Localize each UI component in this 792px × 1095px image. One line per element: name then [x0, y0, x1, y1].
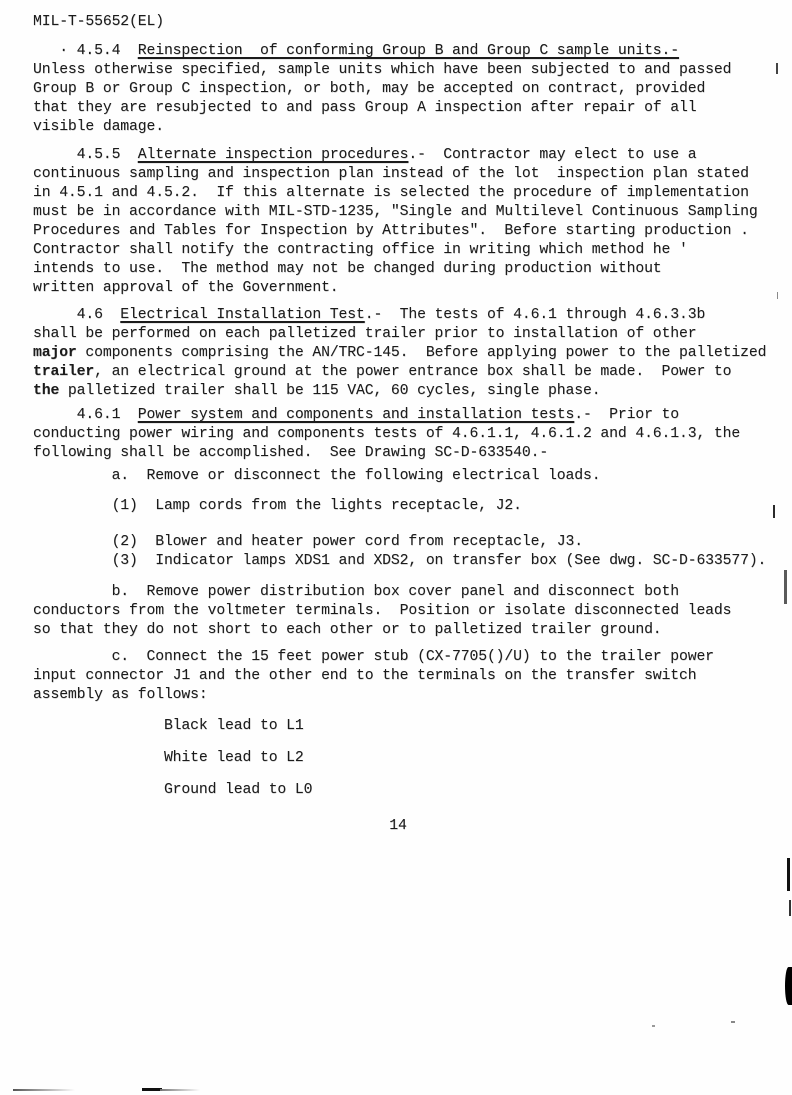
text-segment: .- Contractor may elect to use a — [408, 147, 696, 163]
text-segment: (3) Indicator lamps XDS1 and XDS2, on tr… — [33, 553, 766, 569]
text-segment: · 4.5.4 — [33, 43, 138, 59]
text-segment: the — [33, 383, 59, 399]
text-line: 4.6 Electrical Installation Test.- The t… — [33, 306, 763, 325]
scan-edge-tick-top — [776, 63, 778, 74]
text-line: in 4.5.1 and 4.5.2. If this alternate is… — [33, 184, 763, 203]
text-line: 14 — [33, 817, 763, 836]
text-line: that they are resubjected to and pass Gr… — [33, 99, 763, 118]
text-segment: assembly as follows: — [33, 687, 208, 703]
scan-speck-1 — [652, 1025, 655, 1027]
text-line: continuous sampling and inspection plan … — [33, 165, 763, 184]
text-line: Procedures and Tables for Inspection by … — [33, 222, 763, 241]
item-a-remove-loads: a. Remove or disconnect the following el… — [33, 467, 763, 486]
text-line: conducting power wiring and components t… — [33, 425, 763, 444]
text-line: Group B or Group C inspection, or both, … — [33, 80, 763, 99]
text-segment: visible damage. — [33, 119, 164, 135]
text-line: c. Connect the 15 feet power stub (CX-77… — [33, 648, 763, 667]
underlined-heading-text: Power system and components and installa… — [138, 407, 574, 423]
text-line: a. Remove or disconnect the following el… — [33, 467, 763, 486]
scan-edge-tick-mid — [777, 292, 778, 299]
text-segment: 14 — [389, 818, 406, 834]
page-number: 14 — [33, 817, 763, 836]
text-segment: Contractor shall notify the contracting … — [33, 242, 688, 258]
text-line: the palletized trailer shall be 115 VAC,… — [33, 382, 763, 401]
text-line: Unless otherwise specified, sample units… — [33, 61, 763, 80]
text-segment: Black lead to L1 — [33, 718, 304, 734]
text-segment: so that they do not short to each other … — [33, 622, 662, 638]
text-line: · 4.5.4 Reinspection of conforming Group… — [33, 42, 763, 61]
text-line: Black lead to L1 — [33, 717, 763, 736]
scan-bottom-line-mid-tail — [160, 1089, 200, 1091]
text-segment: components comprising the AN/TRC-145. Be… — [77, 345, 767, 361]
scan-bottom-line-left — [13, 1089, 75, 1091]
para-4-6-1-power-system-tests: 4.6.1 Power system and components and in… — [33, 406, 763, 463]
text-line: following shall be accomplished. See Dra… — [33, 444, 763, 463]
text-line: b. Remove power distribution box cover p… — [33, 583, 763, 602]
underlined-heading-text: Electrical Installation Test — [120, 307, 364, 323]
text-segment: that they are resubjected to and pass Gr… — [33, 100, 696, 116]
text-line: White lead to L2 — [33, 749, 763, 768]
text-line: conductors from the voltmeter terminals.… — [33, 602, 763, 621]
para-4-6-electrical-installation-test: 4.6 Electrical Installation Test.- The t… — [33, 306, 763, 401]
scan-edge-gray-bar — [784, 570, 787, 604]
scan-edge-tick-small — [789, 900, 791, 916]
text-line: intends to use. The method may not be ch… — [33, 260, 763, 279]
text-line: so that they do not short to each other … — [33, 621, 763, 640]
text-line: written approval of the Government. — [33, 279, 763, 298]
para-4-5-4-reinspection: · 4.5.4 Reinspection of conforming Group… — [33, 42, 763, 137]
text-line: trailer, an electrical ground at the pow… — [33, 363, 763, 382]
text-segment: 4.6.1 — [33, 407, 138, 423]
scan-edge-tick-lower — [773, 505, 775, 518]
text-line: 4.5.5 Alternate inspection procedures.- … — [33, 146, 763, 165]
scanned-document-page: MIL-T-55652(EL) · 4.5.4 Reinspection of … — [0, 0, 792, 1095]
text-segment: palletized trailer shall be 115 VAC, 60 … — [59, 383, 600, 399]
text-line: (1) Lamp cords from the lights receptacl… — [33, 497, 763, 516]
scan-edge-blob — [785, 967, 792, 1005]
lead-white: White lead to L2 — [33, 749, 763, 768]
text-segment: Procedures and Tables for Inspection by … — [33, 223, 749, 239]
text-segment: a. Remove or disconnect the following el… — [33, 468, 600, 484]
text-segment: input connector J1 and the other end to … — [33, 668, 696, 684]
text-line: (3) Indicator lamps XDS1 and XDS2, on tr… — [33, 552, 763, 571]
item-c-connect-power-stub: c. Connect the 15 feet power stub (CX-77… — [33, 648, 763, 705]
text-segment: conductors from the voltmeter terminals.… — [33, 603, 731, 619]
text-segment: conducting power wiring and components t… — [33, 426, 740, 442]
text-segment: written approval of the Government. — [33, 280, 339, 296]
text-segment: in 4.5.1 and 4.5.2. If this alternate is… — [33, 185, 749, 201]
text-segment: continuous sampling and inspection plan … — [33, 166, 749, 182]
text-segment: (2) Blower and heater power cord from re… — [33, 534, 583, 550]
text-segment: , an electrical ground at the power entr… — [94, 364, 731, 380]
text-line: major components comprising the AN/TRC-1… — [33, 344, 763, 363]
lead-black: Black lead to L1 — [33, 717, 763, 736]
text-segment: major — [33, 345, 77, 361]
text-line: (2) Blower and heater power cord from re… — [33, 533, 763, 552]
document-body: · 4.5.4 Reinspection of conforming Group… — [33, 42, 763, 836]
text-line: Ground lead to L0 — [33, 781, 763, 800]
text-segment: Group B or Group C inspection, or both, … — [33, 81, 705, 97]
text-segment: shall be performed on each palletized tr… — [33, 326, 696, 342]
underlined-heading-text: Alternate inspection procedures — [138, 147, 409, 163]
text-segment: Ground lead to L0 — [33, 782, 312, 798]
text-line: input connector J1 and the other end to … — [33, 667, 763, 686]
text-segment: c. Connect the 15 feet power stub (CX-77… — [33, 649, 714, 665]
text-line: must be in accordance with MIL-STD-1235,… — [33, 203, 763, 222]
text-segment: b. Remove power distribution box cover p… — [33, 584, 679, 600]
scan-bottom-line-mid-head — [142, 1088, 162, 1091]
text-segment: Unless otherwise specified, sample units… — [33, 62, 731, 78]
text-segment: trailer — [33, 364, 94, 380]
document-id-header: MIL-T-55652(EL) — [33, 13, 763, 32]
text-segment: following shall be accomplished. See Dra… — [33, 445, 548, 461]
text-segment: .- The tests of 4.6.1 through 4.6.3.3b — [365, 307, 705, 323]
item-2-blower-heater-cord: (2) Blower and heater power cord from re… — [33, 533, 763, 552]
item-b-remove-cover-panel: b. Remove power distribution box cover p… — [33, 583, 763, 640]
text-segment: 4.5.5 — [33, 147, 138, 163]
item-1-lamp-cords: (1) Lamp cords from the lights receptacl… — [33, 497, 763, 516]
text-line: assembly as follows: — [33, 686, 763, 705]
text-segment: White lead to L2 — [33, 750, 304, 766]
text-line: shall be performed on each palletized tr… — [33, 325, 763, 344]
lead-ground: Ground lead to L0 — [33, 781, 763, 800]
scan-speck-2 — [731, 1021, 735, 1023]
text-segment: (1) Lamp cords from the lights receptacl… — [33, 498, 522, 514]
text-line: 4.6.1 Power system and components and in… — [33, 406, 763, 425]
para-4-5-5-alternate-inspection: 4.5.5 Alternate inspection procedures.- … — [33, 146, 763, 298]
text-line: Contractor shall notify the contracting … — [33, 241, 763, 260]
item-3-indicator-lamps: (3) Indicator lamps XDS1 and XDS2, on tr… — [33, 552, 763, 571]
text-segment: 4.6 — [33, 307, 120, 323]
text-segment: .- Prior to — [574, 407, 679, 423]
scan-edge-black-tick — [787, 858, 790, 891]
text-segment: intends to use. The method may not be ch… — [33, 261, 662, 277]
text-line: visible damage. — [33, 118, 763, 137]
text-segment: must be in accordance with MIL-STD-1235,… — [33, 204, 758, 220]
underlined-heading-text: Reinspection of conforming Group B and G… — [138, 43, 679, 59]
